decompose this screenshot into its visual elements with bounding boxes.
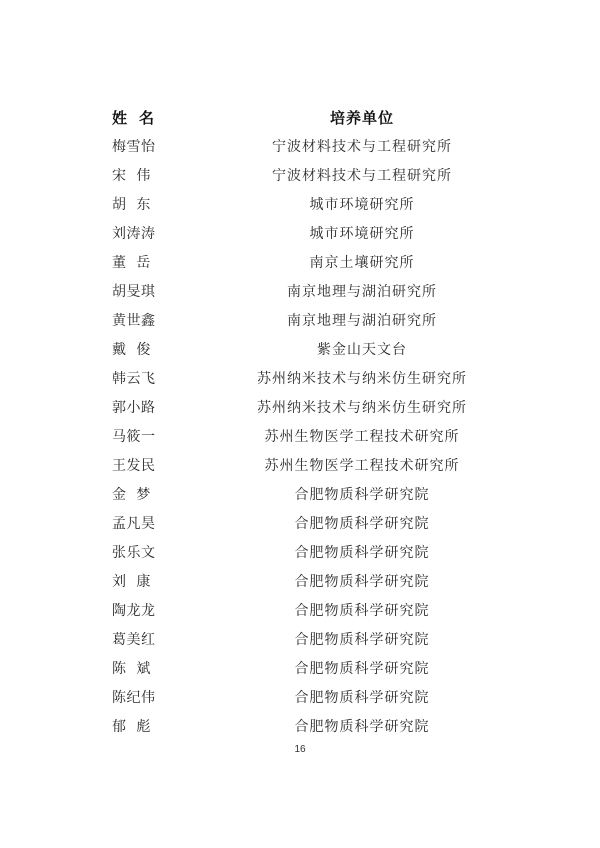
person-name: 戴 俊 xyxy=(112,336,172,365)
person-name: 刘 康 xyxy=(112,568,172,597)
person-name: 张乐文 xyxy=(112,539,172,568)
table-row: 张乐文 合肥物质科学研究院 xyxy=(112,539,512,568)
table-row: 陈纪伟 合肥物质科学研究院 xyxy=(112,684,512,713)
training-unit: 苏州生物医学工程技术研究所 xyxy=(242,423,482,452)
table-row: 黄世鑫 南京地理与湖泊研究所 xyxy=(112,307,512,336)
person-name: 陈 斌 xyxy=(112,655,172,684)
person-name: 陈纪伟 xyxy=(112,684,172,713)
table-row: 孟凡昊 合肥物质科学研究院 xyxy=(112,510,512,539)
person-name: 马筱一 xyxy=(112,423,172,452)
table-row: 王发民 苏州生物医学工程技术研究所 xyxy=(112,452,512,481)
person-name: 胡旻琪 xyxy=(112,278,172,307)
table-row: 韩云飞 苏州纳米技术与纳米仿生研究所 xyxy=(112,365,512,394)
table-row: 郁 彪 合肥物质科学研究院 xyxy=(112,713,512,742)
person-name: 郁 彪 xyxy=(112,713,172,742)
table-row: 葛美红 合肥物质科学研究院 xyxy=(112,626,512,655)
person-name: 宋 伟 xyxy=(112,162,172,191)
table-row: 马筱一 苏州生物医学工程技术研究所 xyxy=(112,423,512,452)
person-name: 葛美红 xyxy=(112,626,172,655)
training-unit: 南京土壤研究所 xyxy=(242,249,482,278)
training-unit: 南京地理与湖泊研究所 xyxy=(242,307,482,336)
person-name: 孟凡昊 xyxy=(112,510,172,539)
table-row: 陈 斌 合肥物质科学研究院 xyxy=(112,655,512,684)
person-name: 金 梦 xyxy=(112,481,172,510)
table-row: 郭小路 苏州纳米技术与纳米仿生研究所 xyxy=(112,394,512,423)
page-number: 16 xyxy=(0,744,600,755)
training-unit: 合肥物质科学研究院 xyxy=(242,539,482,568)
training-unit: 宁波材料技术与工程研究所 xyxy=(242,133,482,162)
training-unit: 合肥物质科学研究院 xyxy=(242,713,482,742)
table-row: 董 岳 南京土壤研究所 xyxy=(112,249,512,278)
table-row: 胡 东 城市环境研究所 xyxy=(112,191,512,220)
name-unit-table: 姓 名 培养单位 梅雪怡 宁波材料技术与工程研究所 宋 伟 宁波材料技术与工程研… xyxy=(112,104,512,742)
table-row: 刘涛涛 城市环境研究所 xyxy=(112,220,512,249)
person-name: 韩云飞 xyxy=(112,365,172,394)
training-unit: 合肥物质科学研究院 xyxy=(242,626,482,655)
person-name: 王发民 xyxy=(112,452,172,481)
person-name: 董 岳 xyxy=(112,249,172,278)
training-unit: 苏州生物医学工程技术研究所 xyxy=(242,452,482,481)
person-name: 郭小路 xyxy=(112,394,172,423)
training-unit: 紫金山天文台 xyxy=(242,336,482,365)
person-name: 胡 东 xyxy=(112,191,172,220)
training-unit: 合肥物质科学研究院 xyxy=(242,655,482,684)
header-unit: 培养单位 xyxy=(242,104,482,133)
table-row: 胡旻琪 南京地理与湖泊研究所 xyxy=(112,278,512,307)
training-unit: 合肥物质科学研究院 xyxy=(242,481,482,510)
table-row: 戴 俊 紫金山天文台 xyxy=(112,336,512,365)
training-unit: 合肥物质科学研究院 xyxy=(242,684,482,713)
header-name: 姓 名 xyxy=(112,104,172,133)
training-unit: 城市环境研究所 xyxy=(242,191,482,220)
training-unit: 合肥物质科学研究院 xyxy=(242,510,482,539)
table-row: 金 梦 合肥物质科学研究院 xyxy=(112,481,512,510)
table-row: 梅雪怡 宁波材料技术与工程研究所 xyxy=(112,133,512,162)
table-row: 宋 伟 宁波材料技术与工程研究所 xyxy=(112,162,512,191)
training-unit: 苏州纳米技术与纳米仿生研究所 xyxy=(242,394,482,423)
training-unit: 南京地理与湖泊研究所 xyxy=(242,278,482,307)
training-unit: 苏州纳米技术与纳米仿生研究所 xyxy=(242,365,482,394)
document-page: 姓 名 培养单位 梅雪怡 宁波材料技术与工程研究所 宋 伟 宁波材料技术与工程研… xyxy=(0,0,600,848)
training-unit: 合肥物质科学研究院 xyxy=(242,568,482,597)
training-unit: 合肥物质科学研究院 xyxy=(242,597,482,626)
person-name: 梅雪怡 xyxy=(112,133,172,162)
table-row: 陶龙龙 合肥物质科学研究院 xyxy=(112,597,512,626)
person-name: 黄世鑫 xyxy=(112,307,172,336)
training-unit: 宁波材料技术与工程研究所 xyxy=(242,162,482,191)
person-name: 陶龙龙 xyxy=(112,597,172,626)
table-header: 姓 名 培养单位 xyxy=(112,104,512,133)
person-name: 刘涛涛 xyxy=(112,220,172,249)
training-unit: 城市环境研究所 xyxy=(242,220,482,249)
table-row: 刘 康 合肥物质科学研究院 xyxy=(112,568,512,597)
